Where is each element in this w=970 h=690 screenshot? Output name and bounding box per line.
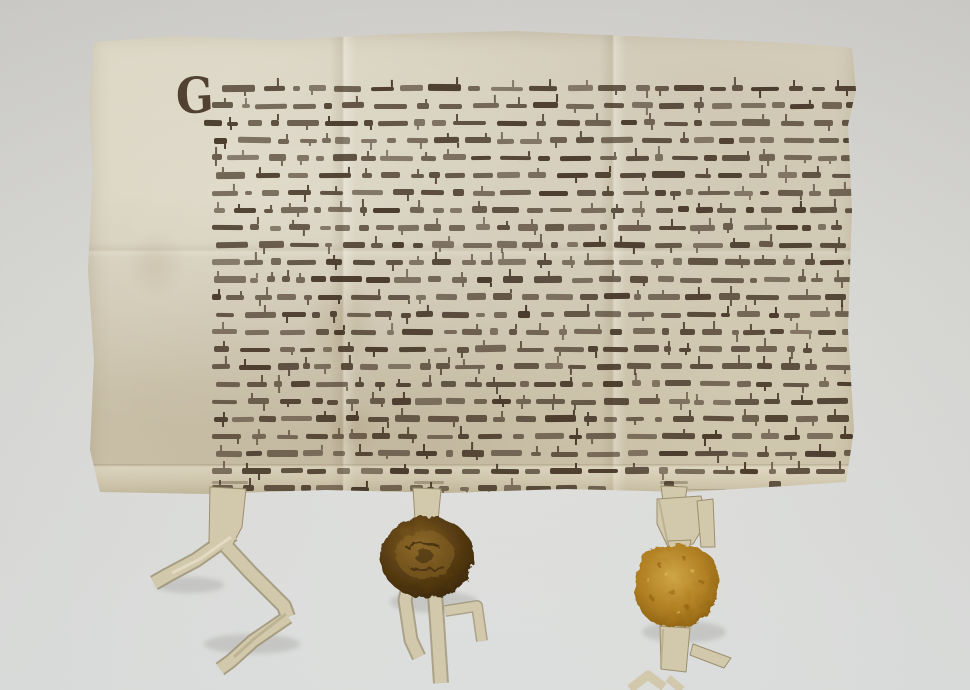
ribbon-segment [668,678,682,690]
right-seal-tag [630,486,731,690]
middle-seal-tag [380,488,482,683]
ribbon-segment [690,644,731,668]
right-wax-seal [636,545,719,628]
ribbon-segment [697,499,715,547]
ribbon-segment [630,675,664,689]
wall-background: G [0,0,970,690]
ribbon-segment [226,546,288,617]
ribbon-segment [154,534,233,583]
seal-tags-overlay [0,0,970,690]
ribbon-segment [660,626,690,672]
